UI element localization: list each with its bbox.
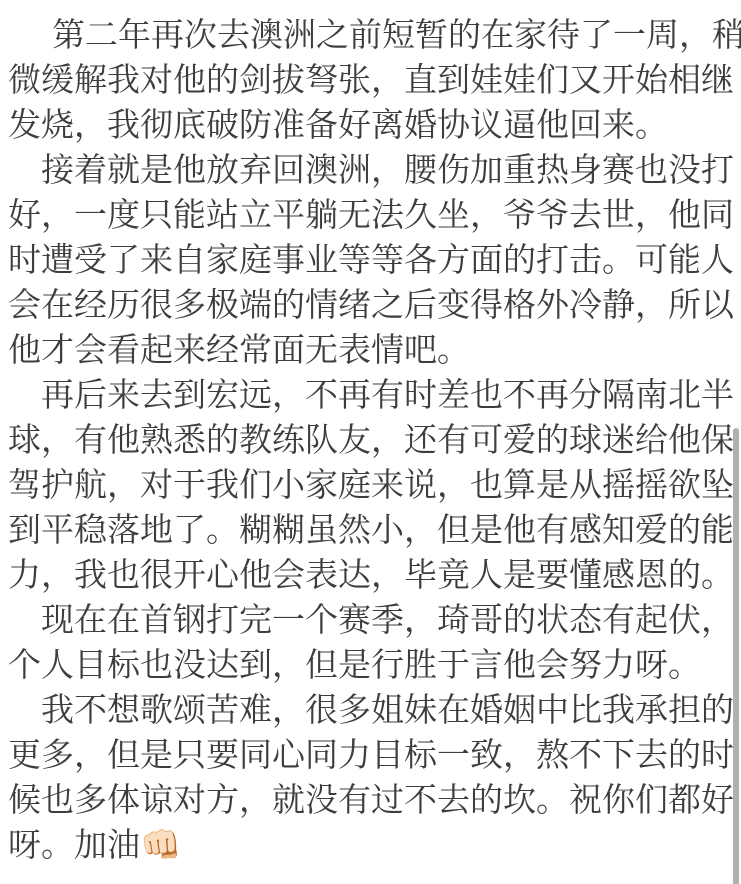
text-line: 我不想歌颂苦难，很多姐妹在婚姻中比我承担的 [8,687,733,732]
article-text: 第二年再次去澳洲之前短暂的在家待了一周，稍微缓解我对他的剑拔弩张，直到娃娃们又开… [0,0,733,867]
text-line: 现在在首钢打完一个赛季，琦哥的状态有起伏， [8,597,733,642]
text-line: 发烧，我彻底破防准备好离婚协议逼他回来。 [8,102,733,147]
text-line: 他才会看起来经常面无表情吧。 [8,327,733,372]
text-line: 呀。加油👊🏻 [8,822,733,867]
text-line: 时遭受了来自家庭事业等等各方面的打击。可能人 [8,237,733,282]
text-line: 好，一度只能站立平躺无法久坐，爷爷去世，他同 [8,192,733,237]
text-line: 会在经历很多极端的情绪之后变得格外冷静，所以 [8,282,733,327]
text-line: 再后来去到宏远，不再有时差也不再分隔南北半 [8,372,733,417]
text-line: 接着就是他放弃回澳洲，腰伤加重热身赛也没打 [8,147,733,192]
text-line: 驾护航，对于我们小家庭来说，也算是从摇摇欲坠 [8,462,733,507]
text-line: 球，有他熟悉的教练队友，还有可爱的球迷给他保 [8,417,733,462]
text-line: 候也多体谅对方，就没有过不去的坎。祝你们都好 [8,777,733,822]
text-line: 微缓解我对他的剑拔弩张，直到娃娃们又开始相继 [8,57,733,102]
text-line: 第二年再次去澳洲之前短暂的在家待了一周，稍 [8,12,733,57]
scrollbar-thumb[interactable] [733,428,739,884]
text-line: 力，我也很开心他会表达，毕竟人是要懂感恩的。 [8,552,733,597]
text-line: 个人目标也没达到，但是行胜于言他会努力呀。 [8,642,733,687]
text-line: 更多，但是只要同心同力目标一致，熬不下去的时 [8,732,733,777]
text-line: 到平稳落地了。糊糊虽然小，但是他有感知爱的能 [8,507,733,552]
